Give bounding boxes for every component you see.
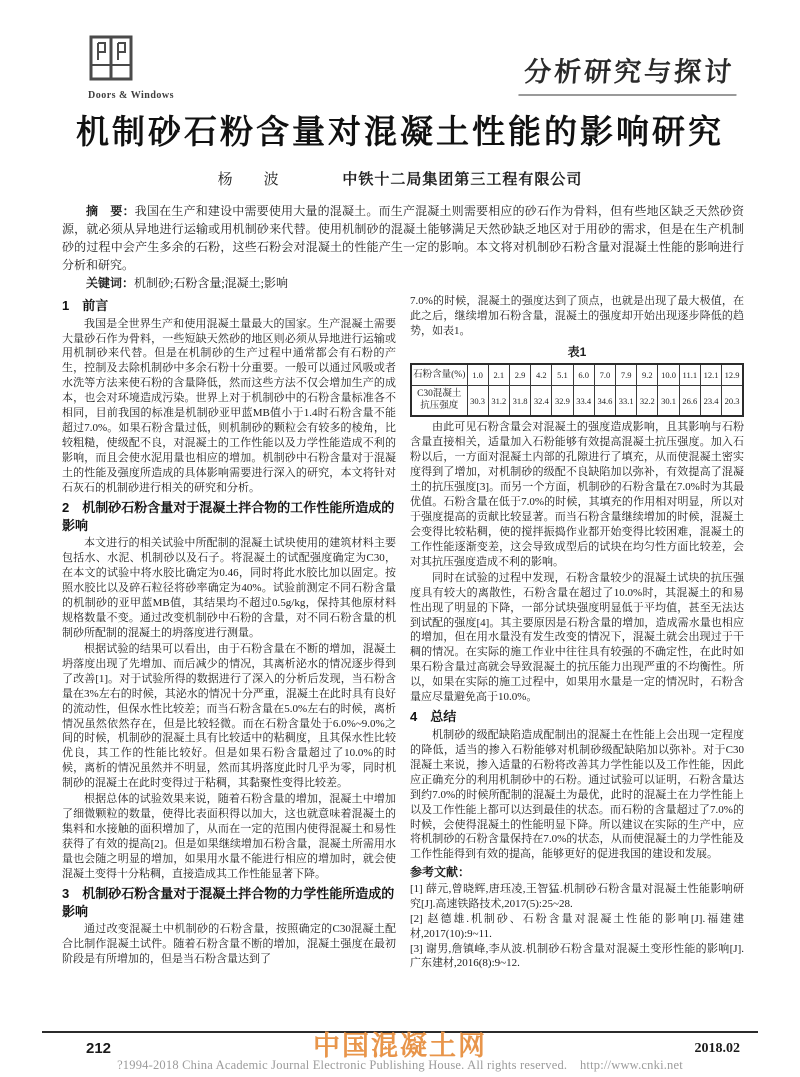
table-row-header: 石粉含量(%) <box>411 364 467 386</box>
right-column: 7.0%的时候，混凝土的强度达到了顶点，也就是出现了最大极值，在此之后，继续增加… <box>410 294 744 1031</box>
table-row-header: C30混凝土抗压强度 <box>411 386 467 416</box>
table-cell: 20.3 <box>722 386 743 416</box>
doors-windows-icon <box>88 71 134 88</box>
table-cell: 33.1 <box>616 386 637 416</box>
section-1-heading: 1 前言 <box>62 297 396 315</box>
section-2-heading: 2 机制砂石粉含量对于混凝土拌合物的工作性能所造成的影响 <box>62 499 396 534</box>
reference-item: [2] 赵德雄.机制砂、石粉含量对混凝土性能的影响[J].福建建材,2017(1… <box>410 912 744 942</box>
table-cell: 34.6 <box>594 386 615 416</box>
site-watermark: 中国混凝土网 <box>0 1024 800 1063</box>
table-cell: 30.1 <box>658 386 679 416</box>
byline: 杨 波 中铁十二局集团第三工程有限公司 <box>0 168 800 189</box>
table-cell: 31.8 <box>509 386 530 416</box>
keywords-text: 机制砂;石粉含量;混凝土;影响 <box>134 276 288 290</box>
left-column: 1 前言 我国是全世界生产和使用混凝土量最大的国家。生产混凝土需要大量砂石作为骨… <box>62 294 396 1031</box>
journal-logo: Doors & Windows <box>88 34 198 101</box>
table-cell: 30.3 <box>467 386 488 416</box>
paragraph: 同时在试验的过程中发现，石粉含量较少的混凝土试块的抗压强度具有较大的离散性，石粉… <box>410 571 744 706</box>
reference-item: [3] 谢男,詹镇峰,李从波.机制砂石粉含量对混凝土变形性能的影响[J].广东建… <box>410 942 744 972</box>
table-cell: 26.6 <box>679 386 700 416</box>
abstract-label: 摘 要： <box>86 204 135 218</box>
author-affiliation: 中铁十二局集团第三工程有限公司 <box>342 172 582 188</box>
table-cell: 1.0 <box>467 364 488 386</box>
abstract-text: 我国在生产和建设中需要使用大量的混凝土。而生产混凝土则需要相应的砂石作为骨料，但… <box>62 204 744 272</box>
table1: 石粉含量(%)1.02.12.94.25.16.07.07.99.210.011… <box>410 363 744 417</box>
section-3-heading: 3 机制砂石粉含量对于混凝土拌合物的力学性能所造成的影响 <box>62 885 396 920</box>
page-title: 机制砂石粉含量对混凝土性能的影响研究 <box>0 106 800 153</box>
table-cell: 32.4 <box>531 386 552 416</box>
journal-page: Doors & Windows 分析研究与探讨 机制砂石粉含量对混凝土性能的影响… <box>0 0 800 1077</box>
table-cell: 5.1 <box>552 364 573 386</box>
table-cell: 6.0 <box>573 364 594 386</box>
table-row: C30混凝土抗压强度30.331.231.832.432.933.434.633… <box>411 386 743 416</box>
body-columns: 1 前言 我国是全世界生产和使用混凝土量最大的国家。生产混凝土需要大量砂石作为骨… <box>62 294 744 1031</box>
table1-caption: 表1 <box>410 344 744 360</box>
paragraph: 本文进行的相关试验中所配制的混凝土试块使用的建筑材料主要包括水、水泥、机制砂以及… <box>62 536 396 641</box>
keywords-label: 关键词： <box>86 276 134 290</box>
paragraph: 根据试验的结果可以看出，由于石粉含量在不断的增加，混凝土坍落度出现了先增加、而后… <box>62 642 396 792</box>
table-cell: 11.1 <box>679 364 700 386</box>
keywords-paragraph: 关键词：机制砂;石粉含量;混凝土;影响 <box>62 274 744 292</box>
section-4-heading: 4 总结 <box>410 708 744 726</box>
table-cell: 7.9 <box>616 364 637 386</box>
table-cell: 12.1 <box>700 364 721 386</box>
abstract-paragraph: 摘 要：我国在生产和建设中需要使用大量的混凝土。而生产混凝土则需要相应的砂石作为… <box>62 202 744 274</box>
table-cell: 9.2 <box>637 364 658 386</box>
author-name: 杨 波 <box>218 172 287 188</box>
paragraph: 通过改变混凝土中机制砂的石粉含量，按照确定的C30混凝土配合比制作混凝土试件。随… <box>62 922 396 967</box>
table-cell: 31.2 <box>488 386 509 416</box>
table-cell: 4.2 <box>531 364 552 386</box>
logo-caption: Doors & Windows <box>88 90 198 101</box>
abstract-block: 摘 要：我国在生产和建设中需要使用大量的混凝土。而生产混凝土则需要相应的砂石作为… <box>62 202 744 292</box>
table-cell: 7.0 <box>594 364 615 386</box>
reference-item: [1] 薛元,曾晓辉,唐珏凌,王智猛.机制砂石粉含量对混凝土性能影响研究[J].… <box>410 882 744 912</box>
paragraph: 由此可见石粉含量会对混凝土的强度造成影响，且其影响与石粉含量直接相关，适量加入石… <box>410 420 744 570</box>
paragraph: 根据总体的试验效果来说，随着石粉含量的增加，混凝土中增加了细微颗粒的数量，使得比… <box>62 792 396 882</box>
table-cell: 10.0 <box>658 364 679 386</box>
references-list: [1] 薛元,曾晓辉,唐珏凌,王智猛.机制砂石粉含量对混凝土性能影响研究[J].… <box>410 882 744 972</box>
table-cell: 33.4 <box>573 386 594 416</box>
table-row: 石粉含量(%)1.02.12.94.25.16.07.07.99.210.011… <box>411 364 743 386</box>
table-cell: 2.1 <box>488 364 509 386</box>
table-cell: 32.9 <box>552 386 573 416</box>
paragraph: 机制砂的级配缺陷造成配制出的混凝土在性能上会出现一定程度的降低，适当的掺入石粉能… <box>410 728 744 863</box>
table-cell: 32.2 <box>637 386 658 416</box>
paragraph: 我国是全世界生产和使用混凝土量最大的国家。生产混凝土需要大量砂石作为骨料，一些短… <box>62 317 396 496</box>
table-cell: 2.9 <box>509 364 530 386</box>
continued-paragraph: 7.0%的时候，混凝土的强度达到了顶点，也就是出现了最大极值，在此之后，继续增加… <box>410 294 744 339</box>
table-cell: 23.4 <box>700 386 721 416</box>
references-heading: 参考文献： <box>410 864 744 880</box>
table-cell: 12.9 <box>722 364 743 386</box>
column-banner: 分析研究与探讨 <box>518 50 739 96</box>
